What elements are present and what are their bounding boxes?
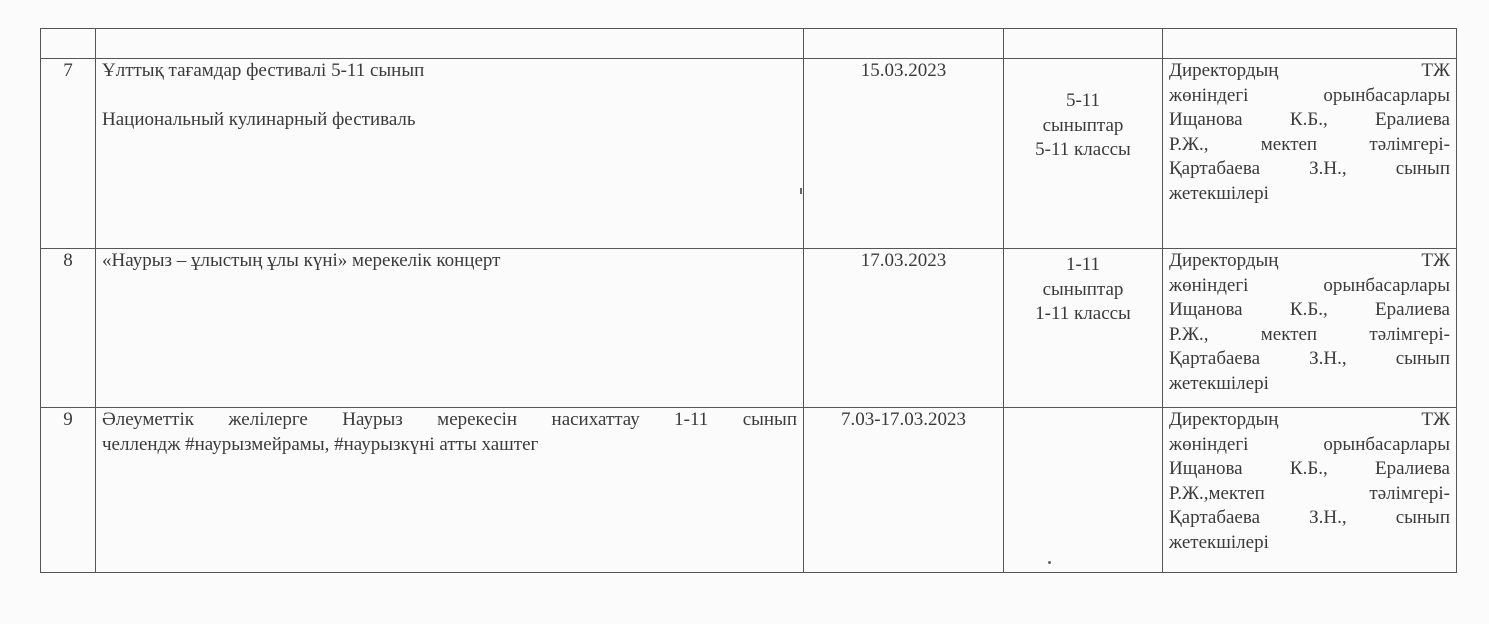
responsible-cell: Директордың ТЖ жөніндегі орынбасарлары И… [1163, 59, 1457, 249]
event-title: «Наурыз – ұлыстың ұлы күні» мерекелік ко… [102, 249, 797, 274]
responsible-line: Қартабаева З.Н., сынып [1169, 347, 1450, 372]
cell-responsible-head [1163, 29, 1457, 59]
row-number: 7 [41, 59, 96, 249]
event-date: 17.03.2023 [804, 249, 1004, 408]
participants-cell [1004, 408, 1163, 573]
participants-line: сыныптар [1010, 114, 1156, 139]
scan-speck [800, 188, 802, 194]
responsible-line: Ищанова К.Б., Ералиева [1169, 298, 1450, 323]
table-row: 9 Әлеуметтік желілерге Наурыз мерекесін … [41, 408, 1457, 573]
responsible-cell: Директордың ТЖ жөніндегі орынбасарлары И… [1163, 249, 1457, 408]
event-title: Әлеуметтік желілерге Наурыз мерекесін на… [102, 408, 797, 433]
event-date: 7.03-17.03.2023 [804, 408, 1004, 573]
row-number: 8 [41, 249, 96, 408]
participants-cell: 5-11 сыныптар 5-11 классы [1004, 59, 1163, 249]
responsible-line: Директордың ТЖ [1169, 59, 1450, 84]
responsible-line: Директордың ТЖ [1169, 249, 1450, 274]
cell-event-head [96, 29, 804, 59]
table-row-header-remnant [41, 29, 1457, 59]
responsible-line: Ищанова К.Б., Ералиева [1169, 457, 1450, 482]
participants-line: 5-11 [1010, 89, 1156, 114]
responsible-line: Р.Ж., мектеп тәлімгері- [1169, 133, 1450, 158]
responsible-line: Ищанова К.Б., Ералиева [1169, 108, 1450, 133]
participants-line: 1-11 классы [1010, 302, 1156, 327]
event-title: Ұлттық тағамдар фестивалі 5-11 сынып [102, 59, 797, 84]
participants-cell: 1-11 сыныптар 1-11 классы [1004, 249, 1163, 408]
responsible-line: Р.Ж., мектеп тәлімгері- [1169, 323, 1450, 348]
table-row: 7 Ұлттық тағамдар фестивалі 5-11 сынып Н… [41, 59, 1457, 249]
event-cell: «Наурыз – ұлыстың ұлы күні» мерекелік ко… [96, 249, 804, 408]
cell-num-head [41, 29, 96, 59]
responsible-line: жетекшілері [1169, 372, 1450, 397]
responsible-line: жөніндегі орынбасарлары [1169, 433, 1450, 458]
responsible-line: Қартабаева З.Н., сынып [1169, 157, 1450, 182]
cell-participants-head [1004, 29, 1163, 59]
event-date: 15.03.2023 [804, 59, 1004, 249]
responsible-line: Директордың ТЖ [1169, 408, 1450, 433]
event-cell: Әлеуметтік желілерге Наурыз мерекесін на… [96, 408, 804, 573]
events-plan-table: 7 Ұлттық тағамдар фестивалі 5-11 сынып Н… [40, 28, 1457, 573]
responsible-cell: Директордың ТЖ жөніндегі орынбасарлары И… [1163, 408, 1457, 573]
cell-date-head [804, 29, 1004, 59]
event-title-cont: челлендж #наурызмейрамы, #наурызкүні атт… [102, 433, 797, 458]
participants-line: сыныптар [1010, 278, 1156, 303]
participants-line: 5-11 классы [1010, 138, 1156, 163]
row-number: 9 [41, 408, 96, 573]
responsible-line: жөніндегі орынбасарлары [1169, 274, 1450, 299]
responsible-line: Р.Ж.,мектеп тәлімгері- [1169, 482, 1450, 507]
responsible-line: жөніндегі орынбасарлары [1169, 84, 1450, 109]
responsible-line: Қартабаева З.Н., сынып [1169, 506, 1450, 531]
responsible-line: жетекшілері [1169, 182, 1450, 207]
table-row: 8 «Наурыз – ұлыстың ұлы күні» мерекелік … [41, 249, 1457, 408]
event-subtitle: Национальный кулинарный фестиваль [102, 108, 797, 133]
event-cell: Ұлттық тағамдар фестивалі 5-11 сынып Нац… [96, 59, 804, 249]
scan-speck [1048, 561, 1051, 564]
responsible-line: жетекшілері [1169, 531, 1450, 556]
participants-line: 1-11 [1010, 253, 1156, 278]
